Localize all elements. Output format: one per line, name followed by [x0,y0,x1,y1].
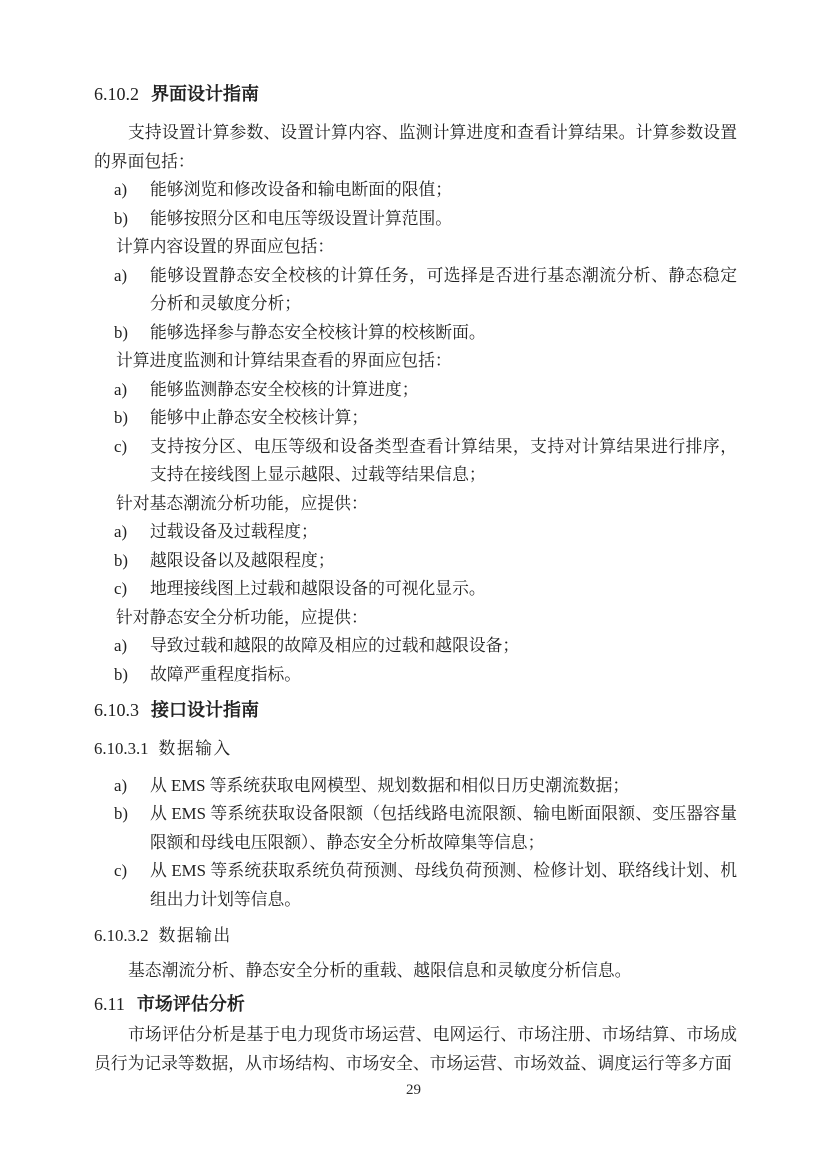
subsection-title: 数据输出 [159,926,232,945]
list-item-marker: b) [114,319,128,348]
list-item-marker: a) [114,376,127,405]
page-number: 29 [0,1082,827,1099]
list-item-marker: a) [114,632,127,661]
list-item-marker: b) [114,547,128,576]
list-item: a)能够监测静态安全校核的计算进度； [94,376,737,405]
section-heading-market-evaluation: 6.11市场评估分析 [94,989,737,1019]
list-item-marker: b) [114,800,128,829]
subsection-number: 6.10.3.1 [94,739,149,758]
list-item: a)从 EMS 等系统获取电网模型、规划数据和相似日历史潮流数据； [94,772,737,801]
list-item-text: 能够选择参与静态安全校核计算的校核断面。 [150,323,486,342]
paragraph: 市场评估分析是基于电力现货市场运营、电网运行、市场注册、市场结算、市场成员行为记… [94,1021,737,1078]
section-heading-interface-design: 6.10.2界面设计指南 [94,79,737,109]
list-item-marker: b) [114,404,128,433]
list-item: c)从 EMS 等系统获取系统负荷预测、母线负荷预测、检修计划、联络线计划、机组… [94,857,737,914]
list-item-text: 越限设备以及越限程度； [150,551,335,570]
subsection-number: 6.10.3.2 [94,926,149,945]
list-item-text: 能够中止静态安全校核计算； [150,408,368,427]
list-item-text: 从 EMS 等系统获取电网模型、规划数据和相似日历史潮流数据； [150,776,629,795]
list-item: c)支持按分区、电压等级和设备类型查看计算结果，支持对计算结果进行排序，支持在接… [94,433,737,490]
list-item-marker: a) [114,518,127,547]
list-item: b)越限设备以及越限程度； [94,547,737,576]
list-item-text: 故障严重程度指标。 [150,665,301,684]
list-item: b)从 EMS 等系统获取设备限额（包括线路电流限额、输电断面限额、变压器容量限… [94,800,737,857]
list-item-text: 过载设备及过载程度； [150,522,318,541]
list-item-marker: c) [114,857,127,886]
list-item: a)过载设备及过载程度； [94,518,737,547]
list-item-marker: a) [114,176,127,205]
section-title: 接口设计指南 [151,700,259,720]
section-number: 6.11 [94,994,125,1014]
list-item: b)能够按照分区和电压等级设置计算范围。 [94,205,737,234]
list-item-text: 能够按照分区和电压等级设置计算范围。 [150,209,452,228]
paragraph: 针对静态安全分析功能，应提供： [94,604,737,633]
subsection-heading-data-input: 6.10.3.1数据输入 [94,735,737,764]
subsection-title: 数据输入 [159,739,232,758]
list-item-text: 能够设置静态安全校核的计算任务，可选择是否进行基态潮流分析、静态稳定分析和灵敏度… [150,266,737,314]
list-item: a)能够设置静态安全校核的计算任务，可选择是否进行基态潮流分析、静态稳定分析和灵… [94,262,737,319]
paragraph: 基态潮流分析、静态安全分析的重载、越限信息和灵敏度分析信息。 [94,957,737,986]
list-item-text: 能够浏览和修改设备和输电断面的限值； [150,180,452,199]
list-item-marker: a) [114,772,127,801]
list-item-marker: b) [114,205,128,234]
section-title: 界面设计指南 [151,84,259,104]
subsection-heading-data-output: 6.10.3.2数据输出 [94,922,737,951]
list-item-text: 能够监测静态安全校核的计算进度； [150,380,419,399]
list-item-marker: c) [114,575,127,604]
section-number: 6.10.3 [94,700,139,720]
list-item-text: 从 EMS 等系统获取设备限额（包括线路电流限额、输电断面限额、变压器容量限额和… [150,804,737,852]
section-heading-api-design: 6.10.3接口设计指南 [94,695,737,725]
list-item-text: 地理接线图上过载和越限设备的可视化显示。 [150,579,486,598]
paragraph: 计算内容设置的界面应包括： [94,233,737,262]
list-item-marker: a) [114,262,127,291]
list-item-text: 导致过载和越限的故障及相应的过载和越限设备； [150,636,519,655]
list-item: a)能够浏览和修改设备和输电断面的限值； [94,176,737,205]
list-item-text: 从 EMS 等系统获取系统负荷预测、母线负荷预测、检修计划、联络线计划、机组出力… [150,861,737,909]
list-item-marker: c) [114,433,127,462]
list-item: b)能够中止静态安全校核计算； [94,404,737,433]
paragraph: 针对基态潮流分析功能，应提供： [94,490,737,519]
paragraph: 计算进度监测和计算结果查看的界面应包括： [94,347,737,376]
section-title: 市场评估分析 [137,994,245,1014]
list-item-marker: b) [114,661,128,690]
paragraph: 支持设置计算参数、设置计算内容、监测计算进度和查看计算结果。计算参数设置的界面包… [94,119,737,176]
list-item: b)故障严重程度指标。 [94,661,737,690]
list-item-text: 支持按分区、电压等级和设备类型查看计算结果，支持对计算结果进行排序，支持在接线图… [150,437,737,485]
list-item: a)导致过载和越限的故障及相应的过载和越限设备； [94,632,737,661]
list-item: b)能够选择参与静态安全校核计算的校核断面。 [94,319,737,348]
section-number: 6.10.2 [94,84,139,104]
document-page: 6.10.2界面设计指南 支持设置计算参数、设置计算内容、监测计算进度和查看计算… [0,0,827,1169]
list-item: c)地理接线图上过载和越限设备的可视化显示。 [94,575,737,604]
